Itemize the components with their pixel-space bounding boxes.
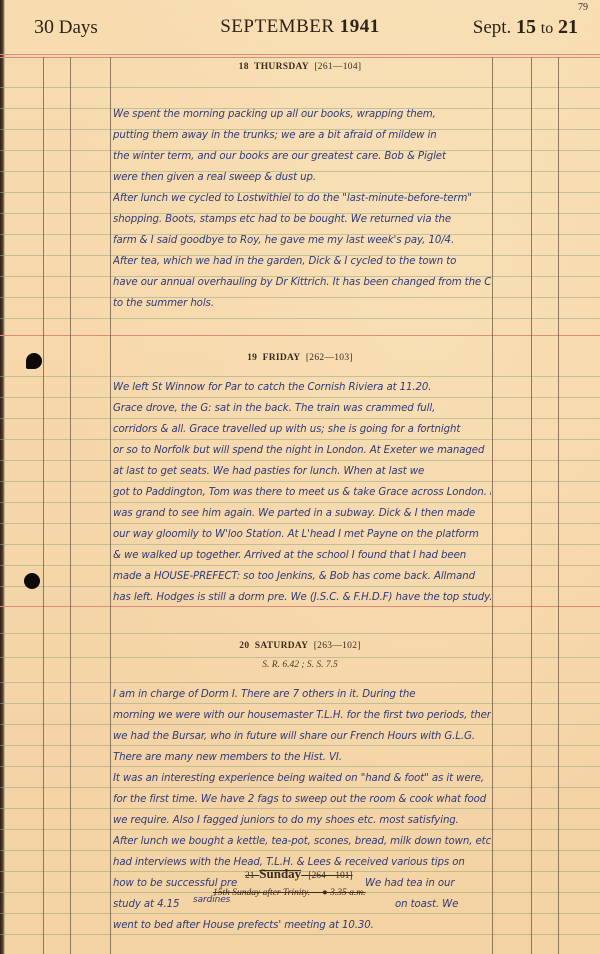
sunday-subtitle: 15th Sunday after Trinity. ● 3.35 a.m.	[213, 888, 365, 898]
day-heading-thursday: 18 THURSDAY [261—104]	[0, 62, 600, 72]
day-heading-friday: 19 FRIDAY [262—103]	[0, 353, 600, 363]
page-binding-edge	[0, 0, 5, 954]
ruled-line	[0, 87, 600, 88]
entry-saturday-continued: We had tea in our	[365, 873, 495, 894]
column-line	[558, 57, 559, 954]
day-heading-saturday: 20 SATURDAY [263—102]	[0, 641, 600, 651]
sunrise-sunset: S. R. 6.42 ; S. S. 7.5	[0, 660, 600, 670]
ruled-line	[0, 913, 600, 914]
ruled-line	[0, 682, 600, 683]
ruled-line	[0, 633, 600, 634]
column-line	[43, 57, 44, 954]
header-rule	[0, 57, 600, 58]
header-rule	[0, 54, 600, 55]
entry-thursday: We spent the morning packing up all our …	[113, 104, 491, 314]
ruled-line	[0, 318, 600, 319]
entry-friday: We left St Winnow for Par to catch the C…	[113, 377, 491, 608]
week-range: Sept. 15 to 21	[473, 16, 578, 39]
day-heading-sunday: 21 Sunday [264—101]	[245, 866, 353, 882]
punch-hole	[24, 573, 40, 589]
day-divider	[0, 335, 600, 336]
margin-line	[492, 57, 493, 954]
page-number: 79	[578, 2, 588, 13]
entry-saturday-continued: study at 4.15	[113, 894, 193, 915]
entry-saturday: I am in charge of Dorm I. There are 7 ot…	[113, 684, 491, 894]
ruled-line	[0, 657, 600, 658]
column-line	[531, 57, 532, 954]
diary-page: 79 30 Days SEPTEMBER 1941 Sept. 15 to 21…	[0, 0, 600, 954]
column-line	[70, 57, 71, 954]
entry-saturday-continued: on toast. We	[395, 894, 491, 915]
margin-line	[110, 57, 111, 954]
entry-saturday-continued: went to bed after House prefects' meetin…	[113, 915, 491, 936]
